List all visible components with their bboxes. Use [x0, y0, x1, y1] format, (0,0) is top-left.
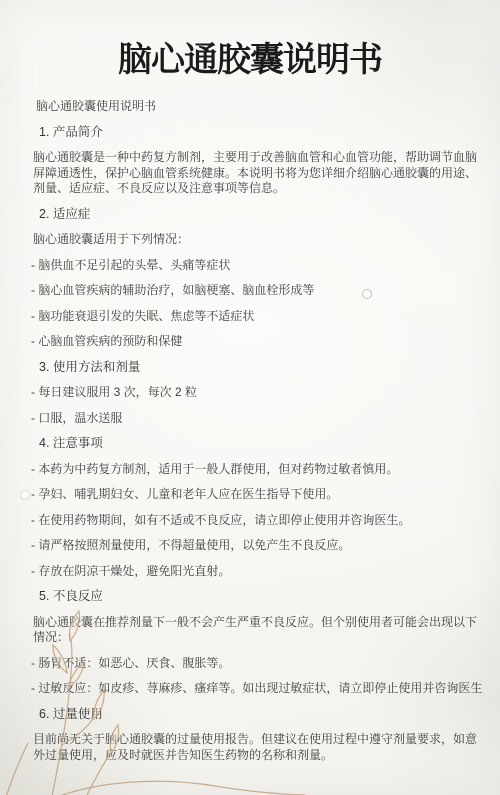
section-product-intro: 1. 产品简介 脑心通胶囊是一种中药复方制剂，主要用于改善脑血管和心血管功能，帮… — [31, 125, 494, 197]
bullet-item: - 在使用药物期间，如有不适或不良反应，请立即停止使用并咨询医生。 — [31, 513, 494, 529]
bullet-item: - 肠胃不适：如恶心、厌食、腹胀等。 — [31, 656, 494, 672]
section-overdose: 6. 过量使用 目前尚无关于脑心通胶囊的过量使用报告。但建议在使用过程中遵守剂量… — [31, 707, 494, 764]
document-body: 脑心通胶囊使用说明书 1. 产品简介 脑心通胶囊是一种中药复方制剂，主要用于改善… — [31, 82, 494, 773]
section-heading: 2. 适应症 — [31, 207, 494, 223]
section-heading: 3. 使用方法和剂量 — [31, 360, 494, 376]
paper-smudge-ring — [20, 490, 30, 500]
paper-smudge-ring — [362, 289, 372, 299]
section-adverse-reactions: 5. 不良反应 脑心通胶囊在推荐剂量下一般不会产生严重不良反应。但个别使用者可能… — [31, 589, 494, 697]
section-heading: 6. 过量使用 — [31, 707, 494, 723]
section-indications: 2. 适应症 脑心通胶囊适用于下列情况： - 脑供血不足引起的头晕、头痛等症状 … — [31, 207, 494, 350]
bullet-item: - 本药为中药复方制剂，适用于一般人群使用，但对药物过敏者慎用。 — [31, 462, 494, 478]
bullet-item: - 每日建议服用 3 次，每次 2 粒 — [31, 385, 494, 401]
document-subtitle: 脑心通胶囊使用说明书 — [31, 99, 494, 115]
instruction-document: 脑心通胶囊说明书 脑心通胶囊使用说明书 1. 产品简介 脑心通胶囊是一种中药复方… — [0, 0, 500, 795]
paragraph: 脑心通胶囊是一种中药复方制剂，主要用于改善脑血管和心血管功能，帮助调节血脑 屏障… — [31, 150, 494, 197]
paragraph: 脑心通胶囊适用于下列情况： — [31, 232, 494, 248]
bullet-item: - 脑心血管疾病的辅助治疗，如脑梗塞、脑血栓形成等 — [31, 283, 494, 299]
section-heading: 4. 注意事项 — [31, 436, 494, 452]
paragraph: 脑心通胶囊在推荐剂量下一般不会产生严重不良反应。但个别使用者可能会出现以下 情况… — [31, 615, 494, 646]
section-dosage: 3. 使用方法和剂量 - 每日建议服用 3 次，每次 2 粒 - 口服，温水送服 — [31, 360, 494, 427]
section-heading: 1. 产品简介 — [31, 125, 494, 141]
bullet-item: - 心脑血管疾病的预防和保健 — [31, 334, 494, 350]
bullet-item: - 脑功能衰退引发的失眠、焦虑等不适症状 — [31, 309, 494, 325]
bullet-item: - 口服，温水送服 — [31, 411, 494, 427]
document-title: 脑心通胶囊说明书 — [0, 38, 500, 82]
section-heading: 5. 不良反应 — [31, 589, 494, 605]
bullet-item: - 过敏反应：如皮疹、荨麻疹、瘙痒等。如出现过敏症状，请立即停止使用并咨询医生 — [31, 681, 494, 697]
paragraph: 目前尚无关于脑心通胶囊的过量使用报告。但建议在使用过程中遵守剂量要求，如意 外过… — [31, 732, 494, 763]
bullet-item: - 孕妇、哺乳期妇女、儿童和老年人应在医生指导下使用。 — [31, 487, 494, 503]
bullet-item: - 请严格按照剂量使用，不得超量使用，以免产生不良反应。 — [31, 538, 494, 554]
bullet-item: - 存放在阴凉干燥处，避免阳光直射。 — [31, 564, 494, 580]
bullet-item: - 脑供血不足引起的头晕、头痛等症状 — [31, 258, 494, 274]
section-precautions: 4. 注意事项 - 本药为中药复方制剂，适用于一般人群使用，但对药物过敏者慎用。… — [31, 436, 494, 579]
